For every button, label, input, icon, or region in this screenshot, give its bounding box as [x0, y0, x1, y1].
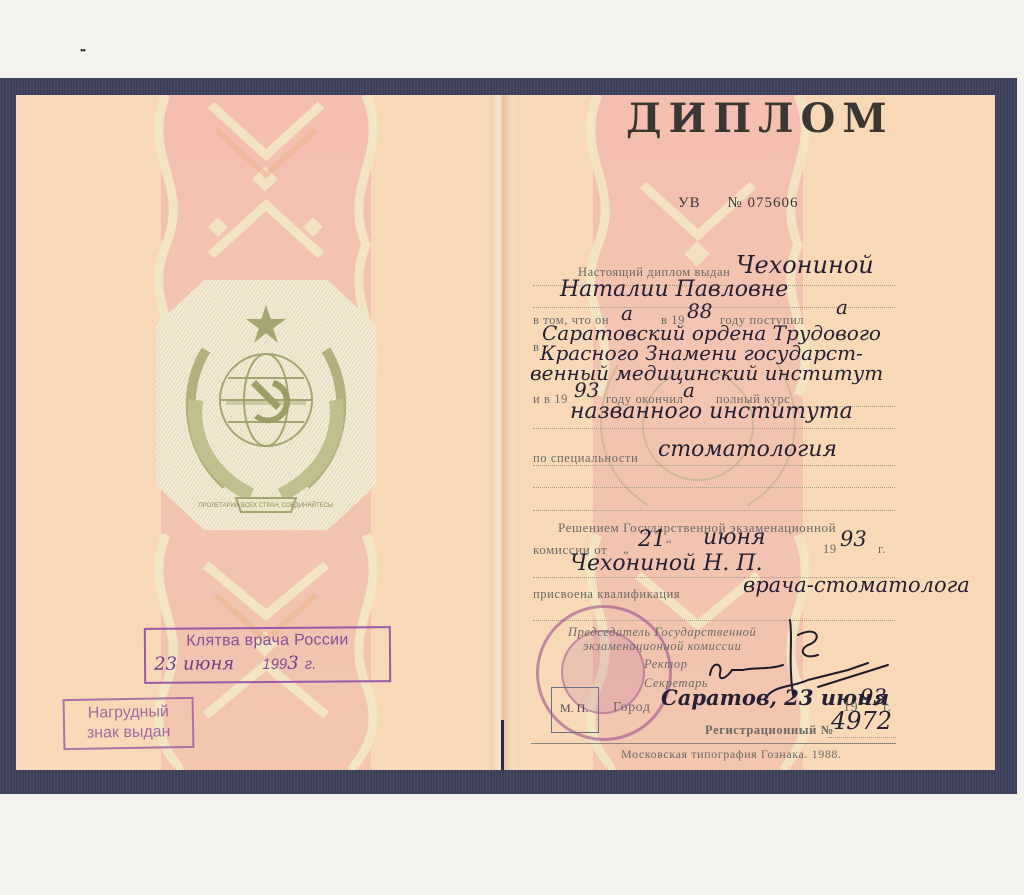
scan-specks: •• — [80, 46, 85, 57]
graduated-prefix: и в 19 — [533, 392, 568, 407]
oath-stamp-date: 23 июня 1993 г. — [154, 652, 383, 675]
right-page: ДИПЛОМ УВ № 075606 Настоящий диплом выда… — [498, 95, 995, 770]
quote-close: “ — [666, 537, 672, 552]
spine-tear — [501, 720, 504, 770]
entered-gender-2: а — [836, 295, 848, 319]
surname: Чехониной — [736, 251, 874, 279]
specialty-label: по специальности — [533, 451, 638, 466]
badge-stamp-line2: знак выдан — [65, 723, 192, 743]
in-label: в — [533, 340, 540, 355]
diploma-serial: УВ № 075606 — [678, 195, 798, 212]
oath-year-prefix: 199 — [262, 656, 287, 673]
dotted-line — [533, 510, 895, 511]
qualification: врача-стоматолога — [743, 573, 970, 597]
oath-month: июня — [183, 653, 234, 674]
dotted-line — [828, 737, 896, 738]
decision-line-1: Решением Государственной экзаменационной — [558, 520, 836, 536]
awardee: Чехониной Н. П. — [570, 551, 763, 576]
spine-fold — [490, 95, 514, 770]
svg-text:ПРОЛЕТАРИИ ВСЕХ СТРАН, СОЕДИНЯ: ПРОЛЕТАРИИ ВСЕХ СТРАН, СОЕДИНЯЙТЕСЬ! — [198, 501, 334, 509]
ussr-emblem-icon: ПРОЛЕТАРИИ ВСЕХ СТРАН, СОЕДИНЯЙТЕСЬ! — [156, 280, 376, 530]
printer-credit: Московская типография Гознака. 1988. — [621, 747, 842, 762]
badge-issued-stamp: Нагрудный знак выдан — [63, 697, 195, 750]
seal-place-box: М. П. — [551, 687, 599, 733]
city-label: Город — [613, 700, 651, 716]
footer-rule — [531, 743, 896, 744]
decision-day: 21 — [638, 527, 666, 552]
left-page: ПРОЛЕТАРИИ ВСЕХ СТРАН, СОЕДИНЯЙТЕСЬ! Кля… — [16, 95, 496, 770]
rector-label: Ректор — [644, 657, 688, 672]
emblem-frame: ПРОЛЕТАРИИ ВСЕХ СТРАН, СОЕДИНЯЙТЕСЬ! — [156, 280, 376, 530]
doctor-oath-stamp: Клятва врача России 23 июня 1993 г. — [144, 626, 391, 684]
dotted-line — [533, 465, 895, 466]
registration-number: 4972 — [831, 707, 892, 735]
decision-year-prefix: 19 — [823, 542, 837, 557]
oath-year-unit: г. — [305, 656, 317, 673]
oath-year-suffix: 3 — [287, 653, 299, 674]
course-of: названного института — [570, 399, 853, 424]
given-names: Наталии Павловне — [560, 277, 788, 302]
diploma-number: 075606 — [747, 195, 798, 211]
specialty: стоматология — [658, 437, 837, 462]
decision-month: июня — [703, 525, 766, 550]
decision-year: 93 — [840, 527, 867, 551]
diploma-title: ДИПЛОМ — [626, 95, 894, 142]
registration-label: Регистрационный № — [705, 723, 834, 738]
qualification-label: присвоена квалификация — [533, 587, 680, 602]
dotted-line — [533, 487, 895, 488]
entered-year: 88 — [687, 299, 712, 323]
dotted-line — [533, 428, 895, 429]
decision-year-unit: г. — [878, 542, 886, 557]
seal-mark: М. П. — [560, 701, 588, 716]
series: УВ — [678, 195, 701, 211]
badge-stamp-line1: Нагрудный — [65, 703, 192, 723]
oath-stamp-title: Клятва врача России — [146, 631, 389, 651]
number-sign: № — [727, 195, 742, 211]
oath-day: 23 — [154, 654, 177, 675]
